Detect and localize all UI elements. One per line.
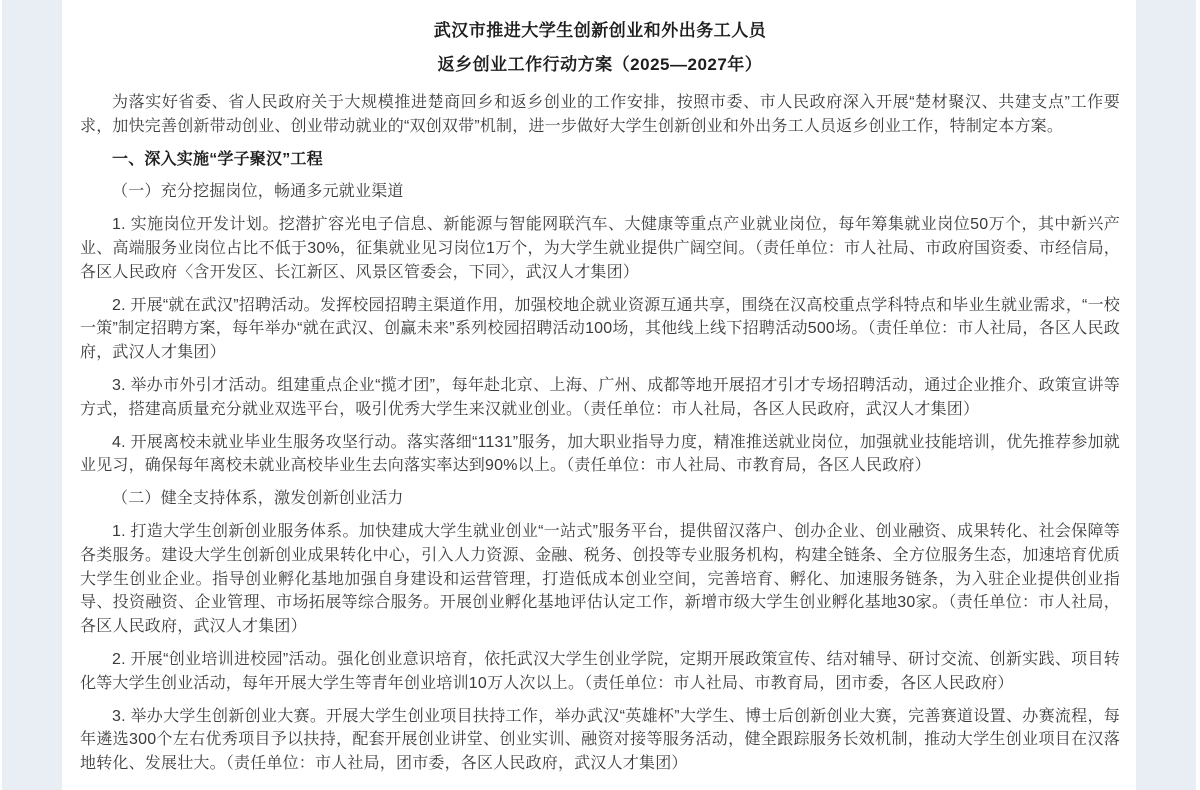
title-line-2: 返乡创业工作行动方案（2025—2027年） (80, 48, 1120, 82)
left-gutter (2, 0, 62, 790)
section-heading-1: 一、深入实施“学子聚汉”工程 (80, 148, 1120, 172)
document-title: 武汉市推进大学生创新创业和外出务工人员 返乡创业工作行动方案（2025—2027… (80, 14, 1120, 82)
sub-heading-1-2: （二）健全支持体系，激发创新创业活力 (80, 487, 1120, 511)
intro-paragraph: 为落实好省委、省人民政府关于大规模推进楚商回乡和返乡创业的工作安排，按照市委、市… (80, 91, 1120, 139)
paragraph-item-1: 1. 实施岗位开发计划。挖潜扩容光电子信息、新能源与智能网联汽车、大健康等重点产… (80, 213, 1120, 284)
paragraph-item-3: 3. 举办市外引才活动。组建重点企业“揽才团”，每年赴北京、上海、广州、成都等地… (80, 374, 1120, 422)
paragraph-item-6: 2. 开展“创业培训进校园”活动。强化创业意识培育，依托武汉大学生创业学院，定期… (80, 648, 1120, 696)
paragraph-item-5: 1. 打造大学生创新创业服务体系。加快建成大学生就业创业“一站式”服务平台，提供… (80, 520, 1120, 639)
paragraph-item-4: 4. 开展离校未就业毕业生服务攻坚行动。落实落细“1131”服务，加大职业指导力… (80, 431, 1120, 479)
paragraph-item-2: 2. 开展“就在武汉”招聘活动。发挥校园招聘主渠道作用，加强校地企就业资源互通共… (80, 294, 1120, 365)
right-gutter (1136, 0, 1196, 790)
paragraph-item-7: 3. 举办大学生创新创业大赛。开展大学生创业项目扶持工作，举办武汉“英雄杯”大学… (80, 705, 1120, 776)
document-page: 武汉市推进大学生创新创业和外出务工人员 返乡创业工作行动方案（2025—2027… (62, 0, 1136, 790)
sub-heading-1-1: （一）充分挖掘岗位，畅通多元就业渠道 (80, 180, 1120, 204)
title-line-1: 武汉市推进大学生创新创业和外出务工人员 (80, 14, 1120, 48)
